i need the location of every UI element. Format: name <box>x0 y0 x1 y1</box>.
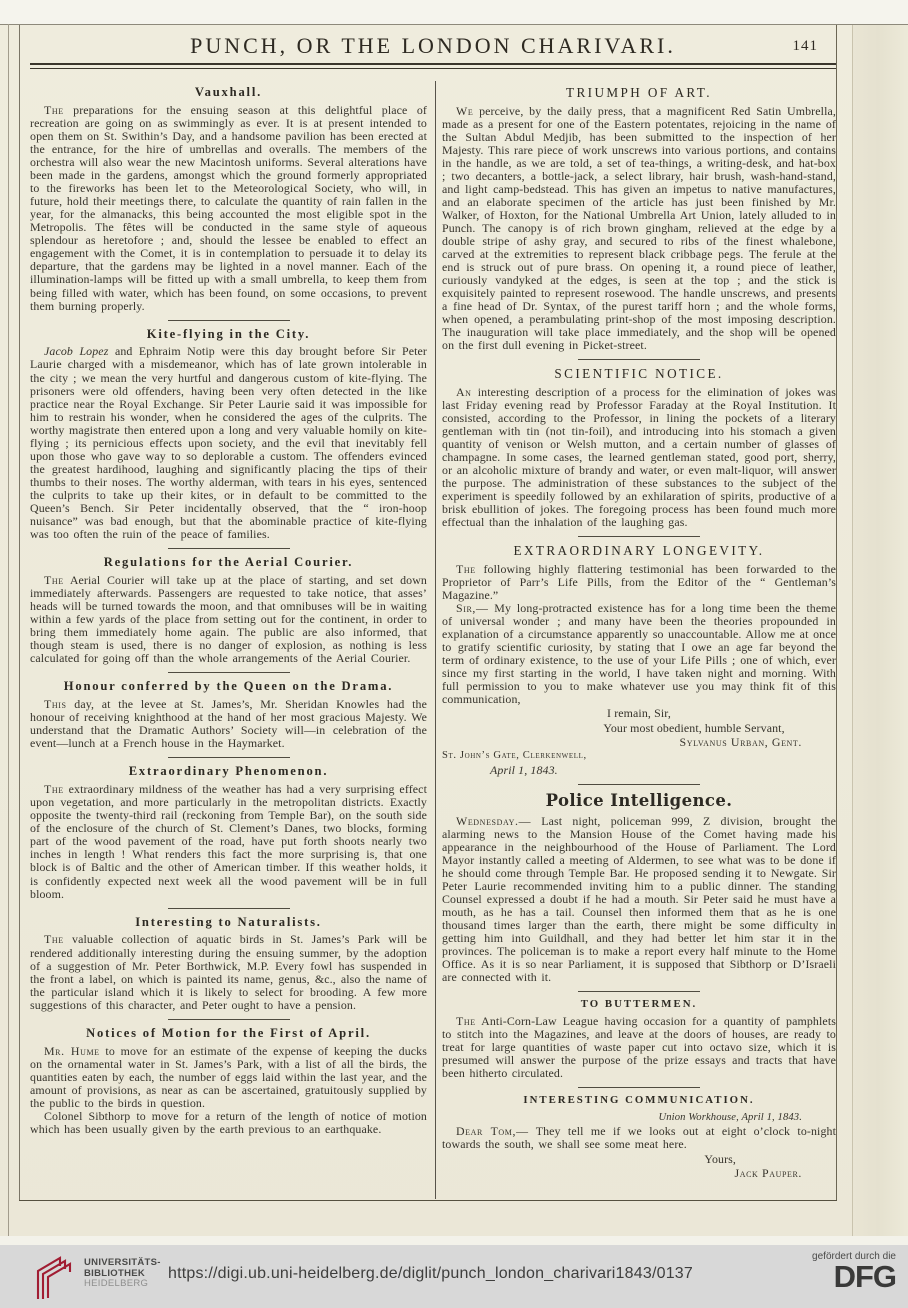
article: EXTRAORDINARY LONGEVITY.The following hi… <box>442 544 836 777</box>
paragraph-lead: Mr. Hume <box>44 1044 100 1058</box>
closing-line: Yours, <box>442 1152 836 1166</box>
section-separator <box>578 991 700 992</box>
printed-frame-right <box>836 25 837 1200</box>
article: INTERESTING COMMUNICATION.Union Workhous… <box>442 1095 836 1180</box>
section-separator <box>578 784 700 785</box>
paragraph-lead: The <box>456 1014 476 1028</box>
right-column: TRIUMPH OF ART.We perceive, by the daily… <box>442 79 836 1199</box>
paragraph: Sir,— My long-protracted existence has f… <box>442 602 836 706</box>
section-separator <box>168 320 290 321</box>
paragraph-lead: This <box>44 697 67 711</box>
funding-block: gefördert durch die DFG <box>812 1251 896 1291</box>
paragraph: An interesting description of a process … <box>442 386 836 530</box>
paragraph-lead: The <box>456 562 476 576</box>
left-column: Vauxhall.The preparations for the ensuin… <box>30 79 427 1199</box>
closing-line: I remain, Sir, <box>442 706 836 720</box>
article-heading: TRIUMPH OF ART. <box>442 86 836 101</box>
page-right-edge-shading <box>852 25 908 1236</box>
scan-bottom-margin <box>0 1236 908 1245</box>
article: Extraordinary Phenomenon.The extraordina… <box>30 765 427 900</box>
section-separator <box>168 1019 290 1020</box>
paragraph: The preparations for the ensuing season … <box>30 104 427 313</box>
scanned-page: PUNCH, OR THE LONDON CHARIVARI. 141 Vaux… <box>0 0 908 1245</box>
article: Police Intelligence.Wednesday.— Last nig… <box>442 792 836 984</box>
article: Vauxhall.The preparations for the ensuin… <box>30 86 427 313</box>
section-separator <box>168 672 290 673</box>
closing-line: Union Workhouse, April 1, 1843. <box>442 1111 836 1125</box>
paragraph-lead: An <box>456 385 472 399</box>
article-heading: Honour conferred by the Queen on the Dra… <box>30 680 427 694</box>
screenshot-root: PUNCH, OR THE LONDON CHARIVARI. 141 Vaux… <box>0 0 908 1308</box>
closing-line: St. John’s Gate, Clerkenwell, <box>442 749 836 763</box>
article-heading: Regulations for the Aerial Courier. <box>30 556 427 570</box>
section-separator <box>168 548 290 549</box>
article: Honour conferred by the Queen on the Dra… <box>30 680 427 750</box>
article-heading: Notices of Motion for the First of April… <box>30 1027 427 1041</box>
paragraph-lead: The <box>44 932 64 946</box>
library-footer-bar: UNIVERSITÄTS- BIBLIOTHEK HEIDELBERG http… <box>0 1245 908 1308</box>
article: TRIUMPH OF ART.We perceive, by the daily… <box>442 86 836 352</box>
article-heading: Kite-flying in the City. <box>30 328 427 342</box>
source-url: https://digi.ub.uni-heidelberg.de/diglit… <box>168 1265 693 1283</box>
page-left-edge-line <box>8 24 9 1236</box>
masthead: PUNCH, OR THE LONDON CHARIVARI. 141 <box>30 33 836 59</box>
paragraph-lead: Sir,— <box>456 601 488 615</box>
paragraph-lead: Jacob Lopez <box>44 344 108 358</box>
ub-heidelberg-logo <box>28 1252 76 1302</box>
printed-frame-left <box>19 25 20 1200</box>
library-name-line1: UNIVERSITÄTS- <box>84 1258 161 1269</box>
section-separator <box>578 536 700 537</box>
article-heading: INTERESTING COMMUNICATION. <box>442 1095 836 1107</box>
page-top-edge-line <box>0 24 908 25</box>
text-columns: Vauxhall.The preparations for the ensuin… <box>30 79 836 1199</box>
paragraph: This day, at the levee at St. James’s, M… <box>30 698 427 750</box>
paragraph-lead: Dear Tom,— <box>456 1124 529 1138</box>
section-separator <box>578 1087 700 1088</box>
section-separator <box>168 757 290 758</box>
article-heading: Police Intelligence. <box>442 792 836 810</box>
article: SCIENTIFIC NOTICE.An interesting descrip… <box>442 367 836 529</box>
page-number: 141 <box>793 38 819 55</box>
paragraph-lead: Wednesday.— <box>456 814 531 828</box>
closing-line: April 1, 1843. <box>442 763 836 777</box>
paragraph: The Anti-Corn-Law League having occasion… <box>442 1015 836 1080</box>
closing-line: Your most obedient, humble Servant, <box>442 721 836 735</box>
article-heading: Extraordinary Phenomenon. <box>30 765 427 779</box>
page-title: PUNCH, OR THE LONDON CHARIVARI. <box>190 33 676 58</box>
closing-line: Jack Pauper. <box>442 1166 836 1180</box>
scan-top-margin <box>0 0 908 24</box>
paragraph: Mr. Hume to move for an estimate of the … <box>30 1045 427 1110</box>
column-divider-rule <box>435 81 436 1199</box>
paragraph: The Aerial Courier will take up at the p… <box>30 574 427 665</box>
dfg-logo: DFG <box>812 1263 896 1291</box>
article-heading: EXTRAORDINARY LONGEVITY. <box>442 544 836 559</box>
paragraph: Colonel Sibthorp to move for a return of… <box>30 1110 427 1136</box>
article: Regulations for the Aerial Courier.The A… <box>30 556 427 665</box>
article-heading: SCIENTIFIC NOTICE. <box>442 367 836 382</box>
paragraph-lead: The <box>44 782 64 796</box>
library-name: UNIVERSITÄTS- BIBLIOTHEK HEIDELBERG <box>84 1258 161 1290</box>
article: TO BUTTERMEN.The Anti-Corn-Law League ha… <box>442 999 836 1080</box>
paragraph: Wednesday.— Last night, policeman 999, Z… <box>442 815 836 985</box>
section-separator <box>578 359 700 360</box>
paragraph: The extraordinary mildness of the weathe… <box>30 783 427 900</box>
article-heading: Vauxhall. <box>30 86 427 100</box>
paragraph-lead: We <box>456 104 473 118</box>
section-separator <box>168 908 290 909</box>
paragraph: Jacob Lopez and Ephraim Notip were this … <box>30 345 427 541</box>
paragraph: The following highly flattering testimon… <box>442 563 836 602</box>
article: Notices of Motion for the First of April… <box>30 1027 427 1136</box>
article-heading: Interesting to Naturalists. <box>30 916 427 930</box>
paragraph-lead: The <box>44 103 64 117</box>
article: Kite-flying in the City.Jacob Lopez and … <box>30 328 427 542</box>
article: Interesting to Naturalists.The valuable … <box>30 916 427 1012</box>
paragraph-lead: The <box>44 573 64 587</box>
paragraph: We perceive, by the daily press, that a … <box>442 105 836 353</box>
printed-frame-bottom <box>19 1200 837 1201</box>
masthead-double-rule <box>30 63 836 69</box>
paragraph: The valuable collection of aquatic birds… <box>30 933 427 1011</box>
closing-line: Sylvanus Urban, Gent. <box>442 735 836 749</box>
paragraph: Dear Tom,— They tell me if we looks out … <box>442 1125 836 1151</box>
article-heading: TO BUTTERMEN. <box>442 999 836 1011</box>
library-name-line3: HEIDELBERG <box>84 1279 161 1290</box>
